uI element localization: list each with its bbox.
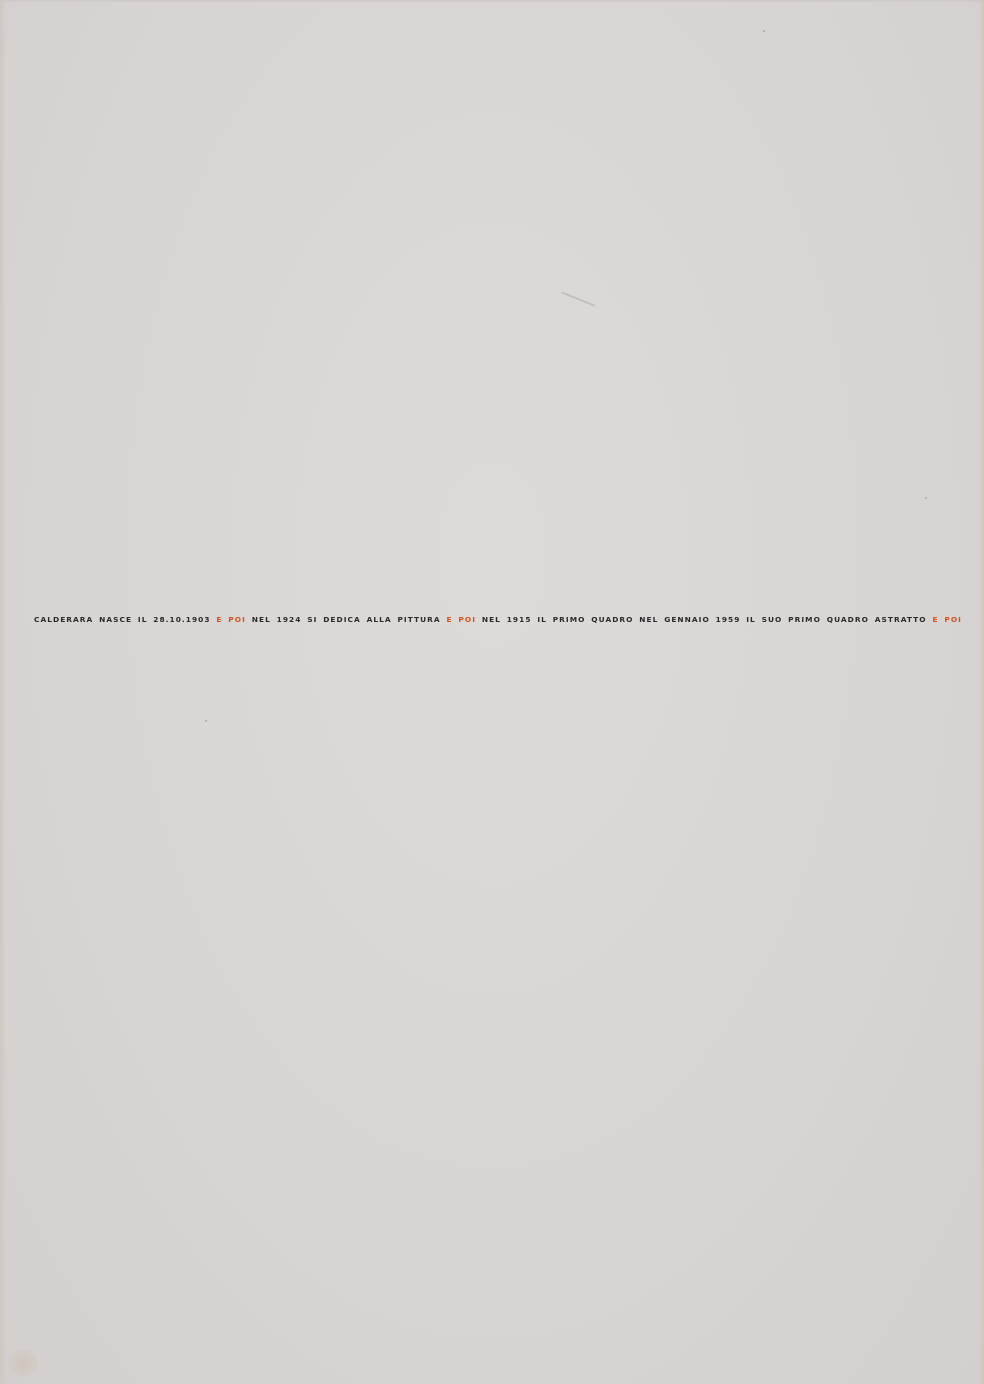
timeline-text-painting: NEL 1924 SI DEDICA ALLA PITTURA	[252, 615, 441, 624]
paper-speck	[763, 30, 765, 32]
paper-sheet: CALDERARA NASCE IL 28.10.1903 E POI NEL …	[0, 0, 984, 1384]
timeline-connector: E POI	[216, 615, 246, 624]
paper-speck	[925, 497, 927, 499]
paper-edge-top	[0, 0, 984, 3]
timeline-connector: E POI	[446, 615, 476, 624]
paper-scuff-mark	[561, 291, 595, 306]
paper-stain	[8, 1350, 38, 1376]
paper-speck	[205, 720, 207, 722]
timeline-text-birth: CALDERARA NASCE IL 28.10.1903	[34, 615, 211, 624]
timeline-text-first-works: NEL 1915 IL PRIMO QUADRO NEL GENNAIO 195…	[482, 615, 927, 624]
paper-edge-left	[0, 0, 6, 1384]
paper-edge-right	[979, 0, 984, 1384]
biography-timeline-line: CALDERARA NASCE IL 28.10.1903 E POI NEL …	[34, 614, 964, 626]
timeline-connector: E POI	[932, 615, 962, 624]
